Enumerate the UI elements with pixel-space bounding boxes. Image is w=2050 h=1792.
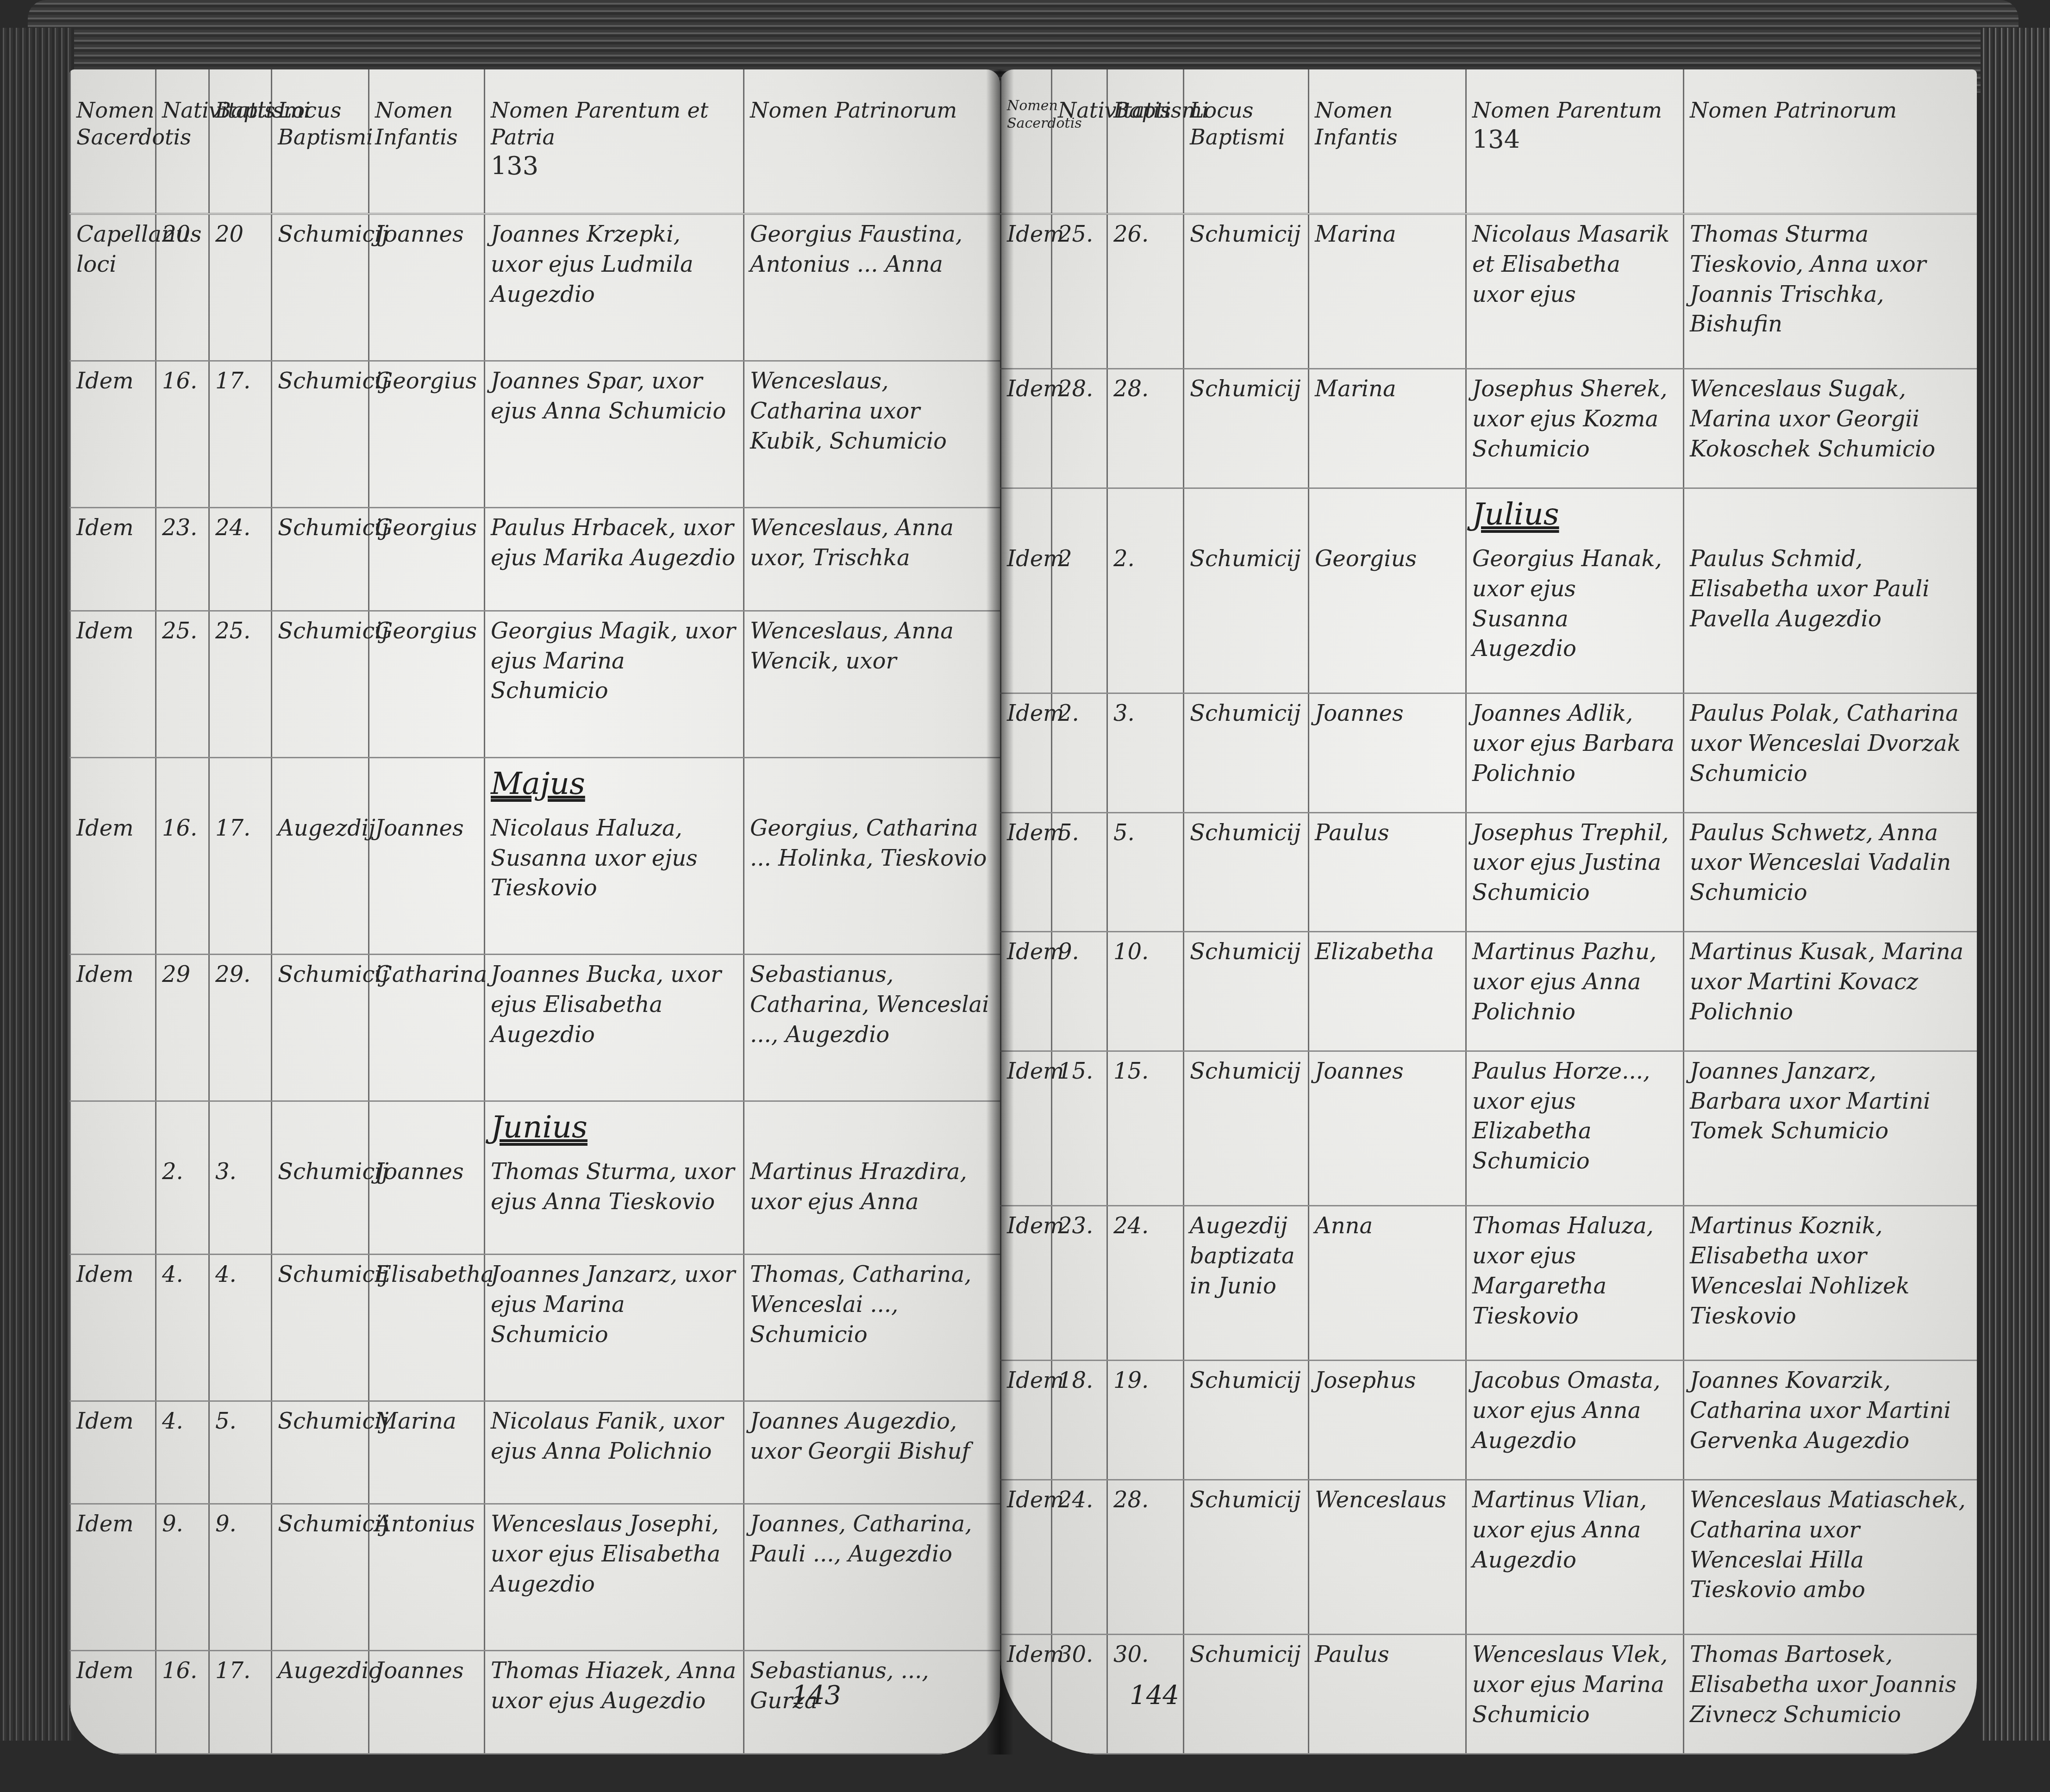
col-header-place: Locus Baptismi <box>272 69 369 214</box>
entry-priest: Idem <box>70 1504 156 1651</box>
entry-born: 24. <box>1052 1480 1107 1635</box>
entry-baptized: 9. <box>209 1504 272 1651</box>
page-edges-right <box>1981 28 2050 1741</box>
right-entries: Idem25.26.SchumicijMarinaNicolaus Masari… <box>1001 214 1977 1754</box>
col-header-place: Locus Baptismi <box>1184 69 1309 214</box>
entry-infant: Josephus <box>1309 1361 1466 1480</box>
entry-parents: Paulus Horze..., uxor ejus Elizabetha Sc… <box>1466 1051 1684 1205</box>
month-cell: Julius <box>1466 488 1684 539</box>
entry-infant: Georgius <box>369 361 485 508</box>
entry-godparents: Martinus Koznik, Elisabetha uxor Wencesl… <box>1684 1206 1977 1361</box>
entry-born: 5. <box>1052 812 1107 932</box>
entry-infant: Elizabetha <box>1309 932 1466 1051</box>
register-entry-row: Idem28.28.SchumicijMarinaJosephus Sherek… <box>1001 369 1977 488</box>
entry-place: Augezdij baptizata in Junio <box>1184 1206 1309 1361</box>
register-entry-row: Idem4.5.SchumicijMarinaNicolaus Fanik, u… <box>70 1401 1000 1504</box>
month-cell <box>156 1101 209 1153</box>
entry-place: Schumicij <box>272 611 369 757</box>
entry-infant: Anna <box>1309 1206 1466 1361</box>
entry-parents: Nicolaus Masarik et Elisabetha uxor ejus <box>1466 214 1684 369</box>
entry-born: 2. <box>1052 693 1107 813</box>
entry-godparents: Martinus Hrazdira, uxor ejus Anna <box>744 1152 1000 1254</box>
entry-parents: Joannes Bucka, uxor ejus Elisabetha Auge… <box>485 955 744 1101</box>
entry-born: 16. <box>156 1651 209 1754</box>
entry-place: Schumicij <box>1184 812 1309 932</box>
entry-godparents: Paulus Schwetz, Anna uxor Wenceslai Vada… <box>1684 812 1977 932</box>
entry-baptized: 10. <box>1107 932 1184 1051</box>
folio-stamp: 144 <box>1130 1680 1179 1711</box>
entry-godparents: Thomas Bartosek, Elisabetha uxor Joannis… <box>1684 1635 1977 1754</box>
entry-baptized: 3. <box>1107 693 1184 813</box>
entry-baptized: 26. <box>1107 214 1184 369</box>
entry-place: Schumicij <box>1184 369 1309 488</box>
entry-infant: Joannes <box>369 1152 485 1254</box>
month-cell <box>1052 488 1107 539</box>
entry-parents: Joannes Adlik, uxor ejus Barbara Polichn… <box>1466 693 1684 813</box>
entry-infant: Joannes <box>1309 693 1466 813</box>
entry-infant: Catharina <box>369 955 485 1101</box>
entry-godparents: Thomas Sturma Tieskovio, Anna uxor Joann… <box>1684 214 1977 369</box>
month-cell <box>70 757 156 809</box>
month-heading-row: Majus <box>70 757 1000 809</box>
entry-baptized: 17. <box>209 1651 272 1754</box>
left-entries: Capellanus loci2020SchumicijJoannesJoann… <box>70 214 1000 1754</box>
entry-parents: Martinus Pazhu, uxor ejus Anna Polichnio <box>1466 932 1684 1051</box>
entry-born: 4. <box>156 1401 209 1504</box>
book-spread: Nomen Sacerdotis Nativitatis Baptismi Lo… <box>0 0 2050 1792</box>
page-number: 133 <box>491 151 538 181</box>
month-cell <box>156 757 209 809</box>
month-label: Majus <box>491 766 585 801</box>
entry-godparents: Joannes Janzarz, Barbara uxor Martini To… <box>1684 1051 1977 1205</box>
entry-infant: Joannes <box>369 1651 485 1754</box>
column-headers: Nomen Sacerdotis Nativitatis Baptismi Lo… <box>1001 69 1977 214</box>
entry-baptized: 24. <box>1107 1206 1184 1361</box>
entry-baptized: 20 <box>209 214 272 361</box>
entry-place: Schumicij <box>272 955 369 1101</box>
entry-infant: Marina <box>369 1401 485 1504</box>
entry-godparents: Georgius Faustina, Antonius ... Anna <box>744 214 1000 361</box>
entry-baptized: 28. <box>1107 369 1184 488</box>
entry-infant: Joannes <box>369 214 485 361</box>
entry-infant: Georgius <box>1309 539 1466 693</box>
entry-parents: Paulus Hrbacek, uxor ejus Marika Augezdi… <box>485 508 744 611</box>
entry-parents: Nicolaus Fanik, uxor ejus Anna Polichnio <box>485 1401 744 1504</box>
entry-place: Schumicij <box>272 214 369 361</box>
right-register-table: Nomen Sacerdotis Nativitatis Baptismi Lo… <box>1000 69 1977 1755</box>
book-gutter <box>986 69 1014 1755</box>
month-cell <box>1107 488 1184 539</box>
entry-baptized: 17. <box>209 809 272 955</box>
register-entry-row: Capellanus loci2020SchumicijJoannesJoann… <box>70 214 1000 361</box>
register-entry-row: Idem22.SchumicijGeorgiusGeorgius Hanak, … <box>1001 539 1977 693</box>
entry-parents: Thomas Hiazek, Anna uxor ejus Augezdio <box>485 1651 744 1754</box>
register-entry-row: Idem16.17.AugezdijJoannesNicolaus Haluza… <box>70 809 1000 955</box>
register-entry-row: Idem9.10.SchumicijElizabethaMartinus Paz… <box>1001 932 1977 1051</box>
left-register-table: Nomen Sacerdotis Nativitatis Baptismi Lo… <box>69 69 1000 1755</box>
month-cell <box>209 757 272 809</box>
entry-godparents: Wenceslaus Matiaschek, Catharina uxor We… <box>1684 1480 1977 1635</box>
entry-born: 18. <box>1052 1361 1107 1480</box>
entry-born: 2 <box>1052 539 1107 693</box>
register-entry-row: Idem16.17.AugezdioJoannesThomas Hiazek, … <box>70 1651 1000 1754</box>
entry-place: Schumicij <box>272 1401 369 1504</box>
entry-infant: Antonius <box>369 1504 485 1651</box>
month-cell <box>744 1101 1000 1153</box>
entry-baptized: 25. <box>209 611 272 757</box>
entry-godparents: Wenceslaus Sugak, Marina uxor Georgii Ko… <box>1684 369 1977 488</box>
entry-godparents: Paulus Polak, Catharina uxor Wenceslai D… <box>1684 693 1977 813</box>
col-header-born: Nativitatis <box>1052 69 1107 214</box>
register-entry-row: Idem25.25.SchumicijGeorgiusGeorgius Magi… <box>70 611 1000 757</box>
entry-priest: Idem <box>70 611 156 757</box>
entry-baptized: 3. <box>209 1152 272 1254</box>
entry-godparents: Sebastianus, ..., Gurza <box>744 1651 1000 1754</box>
month-cell <box>1309 488 1466 539</box>
entry-godparents: Wenceslaus, Catharina uxor Kubik, Schumi… <box>744 361 1000 508</box>
entry-place: Schumicij <box>272 1504 369 1651</box>
register-entry-row: Idem25.26.SchumicijMarinaNicolaus Masari… <box>1001 214 1977 369</box>
entry-baptized: 15. <box>1107 1051 1184 1205</box>
entry-priest: Capellanus loci <box>70 214 156 361</box>
entry-baptized: 5. <box>1107 812 1184 932</box>
col-header-godparents: Nomen Patrinorum <box>1684 69 1977 214</box>
register-entry-row: Idem15.15.SchumicijJoannesPaulus Horze..… <box>1001 1051 1977 1205</box>
month-cell <box>272 1101 369 1153</box>
register-entry-row: Idem23. 24.Augezdij baptizata in JunioAn… <box>1001 1206 1977 1361</box>
entry-infant: Joannes <box>369 809 485 955</box>
entry-priest: Idem <box>70 1401 156 1504</box>
entry-born: 9. <box>1052 932 1107 1051</box>
month-cell <box>369 1101 485 1153</box>
month-cell <box>1684 488 1977 539</box>
entry-priest: Idem <box>70 1651 156 1754</box>
entry-infant: Georgius <box>369 611 485 757</box>
folio-stamp: 143 <box>792 1680 841 1711</box>
entry-parents: Georgius Hanak, uxor ejus Susanna Augezd… <box>1466 539 1684 693</box>
entry-born: 2. <box>156 1152 209 1254</box>
col-header-parents: Nomen Parentum 134 <box>1466 69 1684 214</box>
col-header-infant: Nomen Infantis <box>1309 69 1466 214</box>
entry-place: Schumicij <box>1184 693 1309 813</box>
register-entry-row: Idem2.3.SchumicijJoannesJoannes Adlik, u… <box>1001 693 1977 813</box>
entry-baptized: 17. <box>209 361 272 508</box>
entry-place: Schumicij <box>1184 932 1309 1051</box>
entry-infant: Wenceslaus <box>1309 1480 1466 1635</box>
entry-place: Schumicij <box>272 508 369 611</box>
col-header-baptized: Baptismi <box>1107 69 1184 214</box>
entry-parents: Georgius Magik, uxor ejus Marina Schumic… <box>485 611 744 757</box>
entry-baptized: 4. <box>209 1254 272 1401</box>
entry-infant: Marina <box>1309 214 1466 369</box>
register-entry-row: 2.3.SchumicijJoannesThomas Sturma, uxor … <box>70 1152 1000 1254</box>
month-cell <box>272 757 369 809</box>
entry-place: Schumicij <box>1184 214 1309 369</box>
entry-parents: Thomas Haluza, uxor ejus Margaretha Ties… <box>1466 1206 1684 1361</box>
col-header-godparents: Nomen Patrinorum <box>744 69 1000 214</box>
month-heading-row: Junius <box>70 1101 1000 1153</box>
entry-godparents: Martinus Kusak, Marina uxor Martini Kova… <box>1684 932 1977 1051</box>
entry-priest: Idem <box>70 1254 156 1401</box>
month-label: Julius <box>1472 496 1559 532</box>
left-page: Nomen Sacerdotis Nativitatis Baptismi Lo… <box>69 69 1000 1755</box>
entry-place: Augezdij <box>272 809 369 955</box>
entry-priest: Idem <box>70 809 156 955</box>
entry-baptized: 19. <box>1107 1361 1184 1480</box>
register-entry-row: Idem24.28.SchumicijWenceslausMartinus Vl… <box>1001 1480 1977 1635</box>
entry-priest: Idem <box>70 955 156 1101</box>
month-cell <box>744 757 1000 809</box>
entry-place: Schumicij <box>1184 1635 1309 1754</box>
entry-parents: Joannes Krzepki, uxor ejus Ludmila Augez… <box>485 214 744 361</box>
entry-born: 28. <box>1052 369 1107 488</box>
entry-infant: Paulus <box>1309 1635 1466 1754</box>
entry-baptized: 5. <box>209 1401 272 1504</box>
entry-godparents: Sebastianus, Catharina, Wenceslai ..., A… <box>744 955 1000 1101</box>
entry-godparents: Joannes, Catharina, Pauli ..., Augezdio <box>744 1504 1000 1651</box>
entry-priest: Idem <box>70 361 156 508</box>
entry-priest: Idem <box>70 508 156 611</box>
entry-born: 29 <box>156 955 209 1101</box>
register-entry-row: Idem9.9.SchumicijAntoniusWenceslaus Jose… <box>70 1504 1000 1651</box>
entry-infant: Joannes <box>1309 1051 1466 1205</box>
month-cell <box>70 1101 156 1153</box>
register-entry-row: Idem16.17.SchumicijGeorgiusJoannes Spar,… <box>70 361 1000 508</box>
entry-infant: Georgius <box>369 508 485 611</box>
month-cell <box>369 757 485 809</box>
entry-parents: Wenceslaus Vlek, uxor ejus Marina Schumi… <box>1466 1635 1684 1754</box>
entry-parents: Joannes Janzarz, uxor ejus Marina Schumi… <box>485 1254 744 1401</box>
register-entry-row: Idem2929.SchumicijCatharinaJoannes Bucka… <box>70 955 1000 1101</box>
entry-baptized: 2. <box>1107 539 1184 693</box>
month-cell: Majus <box>485 757 744 809</box>
register-entry-row: Idem18.19.SchumicijJosephusJacobus Omast… <box>1001 1361 1977 1480</box>
month-label: Junius <box>491 1109 587 1145</box>
entry-born: 23. <box>156 508 209 611</box>
month-cell <box>209 1101 272 1153</box>
right-page: Nomen Sacerdotis Nativitatis Baptismi Lo… <box>1000 69 1977 1755</box>
entry-place: Schumicij <box>1184 1051 1309 1205</box>
entry-godparents: Paulus Schmid, Elisabetha uxor Pauli Pav… <box>1684 539 1977 693</box>
entry-parents: Joannes Spar, uxor ejus Anna Schumicio <box>485 361 744 508</box>
entry-place: Schumicij <box>272 1152 369 1254</box>
col-header-infant: Nomen Infantis <box>369 69 485 214</box>
entry-godparents: Wenceslaus, Anna uxor, Trischka <box>744 508 1000 611</box>
entry-born: 25. <box>1052 214 1107 369</box>
entry-place: Schumicij <box>272 1254 369 1401</box>
entry-parents: Josephus Trephil, uxor ejus Justina Schu… <box>1466 812 1684 932</box>
entry-place: Augezdio <box>272 1651 369 1754</box>
entry-parents: Nicolaus Haluza, Susanna uxor ejus Tiesk… <box>485 809 744 955</box>
entry-place: Schumicij <box>1184 539 1309 693</box>
entry-godparents: Thomas, Catharina, Wenceslai ..., Schumi… <box>744 1254 1000 1401</box>
entry-parents: Josephus Sherek, uxor ejus Kozma Schumic… <box>1466 369 1684 488</box>
entry-parents: Jacobus Omasta, uxor ejus Anna Augezdio <box>1466 1361 1684 1480</box>
entry-godparents: Georgius, Catharina ... Holinka, Tieskov… <box>744 809 1000 955</box>
entry-born: 9. <box>156 1504 209 1651</box>
entry-infant: Elisabetha <box>369 1254 485 1401</box>
entry-place: Schumicij <box>1184 1361 1309 1480</box>
register-entry-row: Idem4.4.SchumicijElisabethaJoannes Janza… <box>70 1254 1000 1401</box>
entry-born: 30. <box>1052 1635 1107 1754</box>
page-edges-left <box>0 28 74 1741</box>
entry-born: 25. <box>156 611 209 757</box>
entry-parents: Thomas Sturma, uxor ejus Anna Tieskovio <box>485 1152 744 1254</box>
month-cell <box>1184 488 1309 539</box>
entry-baptized: 28. <box>1107 1480 1184 1635</box>
entry-parents: Wenceslaus Josephi, uxor ejus Elisabetha… <box>485 1504 744 1651</box>
entry-baptized: 29. <box>209 955 272 1101</box>
register-entry-row: Idem23.24.SchumicijGeorgiusPaulus Hrbace… <box>70 508 1000 611</box>
entry-parents: Martinus Vlian, uxor ejus Anna Augezdio <box>1466 1480 1684 1635</box>
col-header-priest: Nomen Sacerdotis <box>70 69 156 214</box>
entry-priest <box>70 1152 156 1254</box>
entry-born: 23. <box>1052 1206 1107 1361</box>
entry-godparents: Joannes Kovarzik, Catharina uxor Martini… <box>1684 1361 1977 1480</box>
month-heading-row: Julius <box>1001 488 1977 539</box>
month-cell: Junius <box>485 1101 744 1153</box>
entry-place: Schumicij <box>1184 1480 1309 1635</box>
entry-godparents: Wenceslaus, Anna Wencik, uxor <box>744 611 1000 757</box>
entry-infant: Marina <box>1309 369 1466 488</box>
col-header-parents: Nomen Parentum et Patria 133 <box>485 69 744 214</box>
entry-born: 16. <box>156 809 209 955</box>
col-header-baptized: Baptismi <box>209 69 272 214</box>
entry-born: 4. <box>156 1254 209 1401</box>
entry-born: 16. <box>156 361 209 508</box>
entry-baptized: 24. <box>209 508 272 611</box>
entry-infant: Paulus <box>1309 812 1466 932</box>
entry-born: 15. <box>1052 1051 1107 1205</box>
page-number: 134 <box>1472 125 1520 154</box>
column-headers: Nomen Sacerdotis Nativitatis Baptismi Lo… <box>70 69 1000 214</box>
entry-godparents: Joannes Augezdio, uxor Georgii Bishuf <box>744 1401 1000 1504</box>
register-entry-row: Idem5.5.SchumicijPaulusJosephus Trephil,… <box>1001 812 1977 932</box>
entry-place: Schumicij <box>272 361 369 508</box>
